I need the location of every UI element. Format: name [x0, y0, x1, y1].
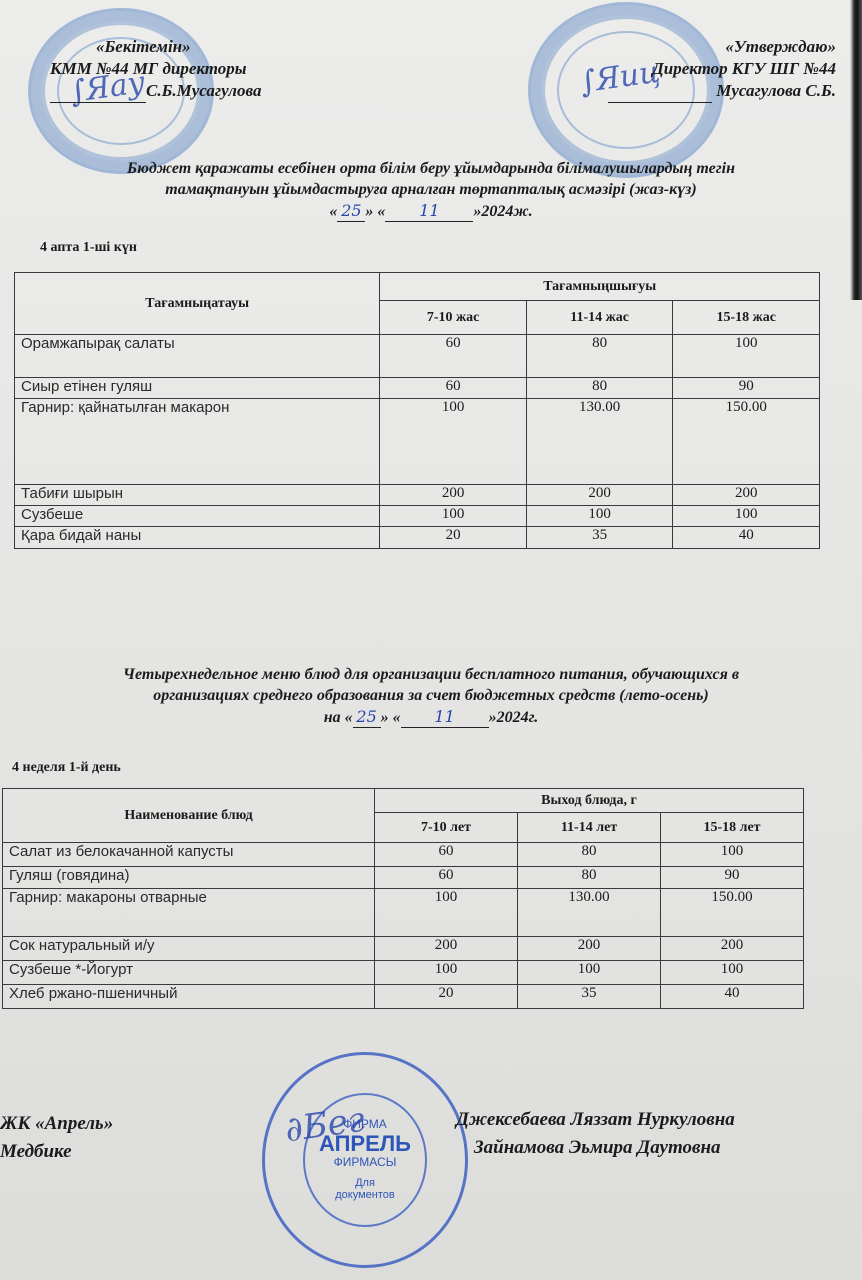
date-prefix: на «: [324, 709, 353, 726]
role-label: Медбике: [0, 1138, 113, 1166]
title-line1: Бюджет қаражаты есебінен орта білім беру…: [0, 158, 862, 179]
table-row: Сузбеше100100100: [15, 506, 820, 527]
yield-value-cell: 35: [526, 527, 673, 549]
yield-value-cell: 200: [518, 937, 661, 961]
seal-docs-line1: Для: [355, 1177, 375, 1189]
dish-name-cell: Сиыр етінен гуляш: [15, 378, 380, 399]
signatory-block-right: Джексебаева Ляззат Нуркуловна Зайнамова …: [456, 1106, 735, 1162]
date-day: 25: [353, 706, 381, 728]
table-row: Табиғи шырын200200200: [15, 485, 820, 506]
approval-label: «Бекітемін»: [50, 36, 261, 58]
dish-name-header: Наименование блюд: [3, 789, 375, 843]
yield-value-cell: 200: [375, 937, 518, 961]
yield-value-cell: 100: [661, 843, 804, 867]
signatory-name-1: Джексебаева Ляззат Нуркуловна: [456, 1106, 735, 1134]
yield-value-cell: 130.00: [518, 889, 661, 937]
age-header: 15-18 жас: [673, 301, 820, 335]
yield-value-cell: 200: [673, 485, 820, 506]
yield-value-cell: 200: [526, 485, 673, 506]
date-sep: » «: [381, 709, 401, 726]
date-suffix: »2024г.: [489, 709, 539, 726]
approval-block-kz: «Бекітемін» КММ №44 МГ директоры С.Б.Мус…: [50, 36, 261, 103]
dish-name-cell: Хлеб ржано-пшеничный: [3, 985, 375, 1009]
yield-group-header: Тағамныңшығуы: [380, 273, 820, 301]
age-header: 7-10 жас: [380, 301, 527, 335]
yield-value-cell: 20: [375, 985, 518, 1009]
table-row: Сузбеше *-Йогурт100100100: [3, 961, 804, 985]
yield-value-cell: 60: [375, 843, 518, 867]
dish-name-cell: Гарнир: қайнатылған макарон: [15, 399, 380, 485]
day-label-ru: 4 неделя 1-й день: [12, 760, 121, 776]
yield-value-cell: 150.00: [661, 889, 804, 937]
yield-value-cell: 20: [380, 527, 527, 549]
table-row: Орамжапырақ салаты6080100: [15, 335, 820, 378]
yield-value-cell: 80: [526, 335, 673, 378]
yield-value-cell: 80: [518, 843, 661, 867]
dish-name-cell: Қара бидай наны: [15, 527, 380, 549]
table-row: Сиыр етінен гуляш608090: [15, 378, 820, 399]
yield-value-cell: 100: [673, 335, 820, 378]
yield-value-cell: 100: [661, 961, 804, 985]
yield-value-cell: 100: [673, 506, 820, 527]
dish-name-header: Тағамныңатауы: [15, 273, 380, 335]
table-row: Қара бидай наны203540: [15, 527, 820, 549]
yield-group-header: Выход блюда, г: [375, 789, 804, 813]
yield-value-cell: 150.00: [673, 399, 820, 485]
title-date: «25» «11»2024ж.: [0, 200, 862, 222]
age-header: 11-14 жас: [526, 301, 673, 335]
title-date: на «25» «11»2024г.: [0, 706, 862, 728]
signatory-name-2: Зайнамова Эьмира Даутовна: [456, 1134, 735, 1162]
yield-value-cell: 40: [661, 985, 804, 1009]
yield-value-cell: 100: [375, 961, 518, 985]
table-row: Гарнир: макароны отварные100130.00150.00: [3, 889, 804, 937]
title-line1: Четырехнедельное меню блюд для организац…: [0, 664, 862, 685]
yield-value-cell: 60: [380, 378, 527, 399]
approval-position: КММ №44 МГ директоры: [50, 58, 261, 80]
table-row: Салат из белокачанной капусты6080100: [3, 843, 804, 867]
approval-position: Директор КГУ ШГ №44: [608, 58, 836, 80]
dish-name-cell: Орамжапырақ салаты: [15, 335, 380, 378]
document-title-kz: Бюджет қаражаты есебінен орта білім беру…: [0, 158, 862, 222]
date-month: 11: [401, 706, 489, 728]
yield-value-cell: 100: [375, 889, 518, 937]
yield-value-cell: 130.00: [526, 399, 673, 485]
yield-value-cell: 90: [661, 867, 804, 889]
signature-line: [608, 80, 712, 103]
menu-table-kz: Тағамныңатауы Тағамныңшығуы 7-10 жас 11-…: [14, 272, 820, 549]
date-suffix: »2024ж.: [473, 203, 532, 220]
title-line2: тамақтануын ұйымдастыруға арналған төрта…: [0, 179, 862, 200]
dish-name-cell: Салат из белокачанной капусты: [3, 843, 375, 867]
yield-value-cell: 100: [526, 506, 673, 527]
date-day: 25: [337, 200, 365, 222]
signatory-block-left: ЖК «Апрель» Медбике: [0, 1110, 113, 1166]
document-title-ru: Четырехнедельное меню блюд для организац…: [0, 664, 862, 728]
seal-docs-text: Для документов: [265, 1177, 465, 1201]
table-row: Хлеб ржано-пшеничный203540: [3, 985, 804, 1009]
page-edge-shadow: [850, 0, 862, 300]
yield-value-cell: 90: [673, 378, 820, 399]
age-header: 7-10 лет: [375, 813, 518, 843]
dish-name-cell: Табиғи шырын: [15, 485, 380, 506]
approval-name: Мусагулова С.Б.: [716, 81, 836, 100]
signature-line: [50, 80, 146, 103]
yield-value-cell: 100: [380, 399, 527, 485]
dish-name-cell: Сузбеше: [15, 506, 380, 527]
table-row: Сок натуральный и/у200200200: [3, 937, 804, 961]
company-name: ЖК «Апрель»: [0, 1110, 113, 1138]
yield-value-cell: 40: [673, 527, 820, 549]
yield-value-cell: 80: [526, 378, 673, 399]
approval-name: С.Б.Мусагулова: [146, 81, 261, 100]
table-row: Гарнир: қайнатылған макарон100130.00150.…: [15, 399, 820, 485]
approval-label: «Утверждаю»: [608, 36, 836, 58]
yield-value-cell: 35: [518, 985, 661, 1009]
dish-name-cell: Сок натуральный и/у: [3, 937, 375, 961]
yield-value-cell: 80: [518, 867, 661, 889]
table-row: Гуляш (говядина)608090: [3, 867, 804, 889]
day-label-kz: 4 апта 1-ші күн: [40, 240, 137, 256]
dish-name-cell: Сузбеше *-Йогурт: [3, 961, 375, 985]
date-sep: » «: [365, 203, 385, 220]
date-month: 11: [385, 200, 473, 222]
approval-block-ru: «Утверждаю» Директор КГУ ШГ №44 Мусагуло…: [608, 36, 836, 103]
dish-name-cell: Гуляш (говядина): [3, 867, 375, 889]
yield-value-cell: 60: [375, 867, 518, 889]
yield-value-cell: 100: [380, 506, 527, 527]
title-line2: организациях среднего образования за сче…: [0, 685, 862, 706]
seal-docs-line2: документов: [335, 1189, 394, 1201]
date-prefix: «: [329, 203, 337, 220]
menu-table-ru: Наименование блюд Выход блюда, г 7-10 ле…: [2, 788, 804, 1009]
dish-name-cell: Гарнир: макароны отварные: [3, 889, 375, 937]
yield-value-cell: 200: [661, 937, 804, 961]
age-header: 15-18 лет: [661, 813, 804, 843]
yield-value-cell: 200: [380, 485, 527, 506]
yield-value-cell: 100: [518, 961, 661, 985]
yield-value-cell: 60: [380, 335, 527, 378]
age-header: 11-14 лет: [518, 813, 661, 843]
company-seal-bottom: ФИРМА АПРЕЛЬ ФИРМАСЫ Для документов: [262, 1052, 468, 1268]
seal-firm-sub: ФИРМАСЫ: [265, 1155, 465, 1169]
